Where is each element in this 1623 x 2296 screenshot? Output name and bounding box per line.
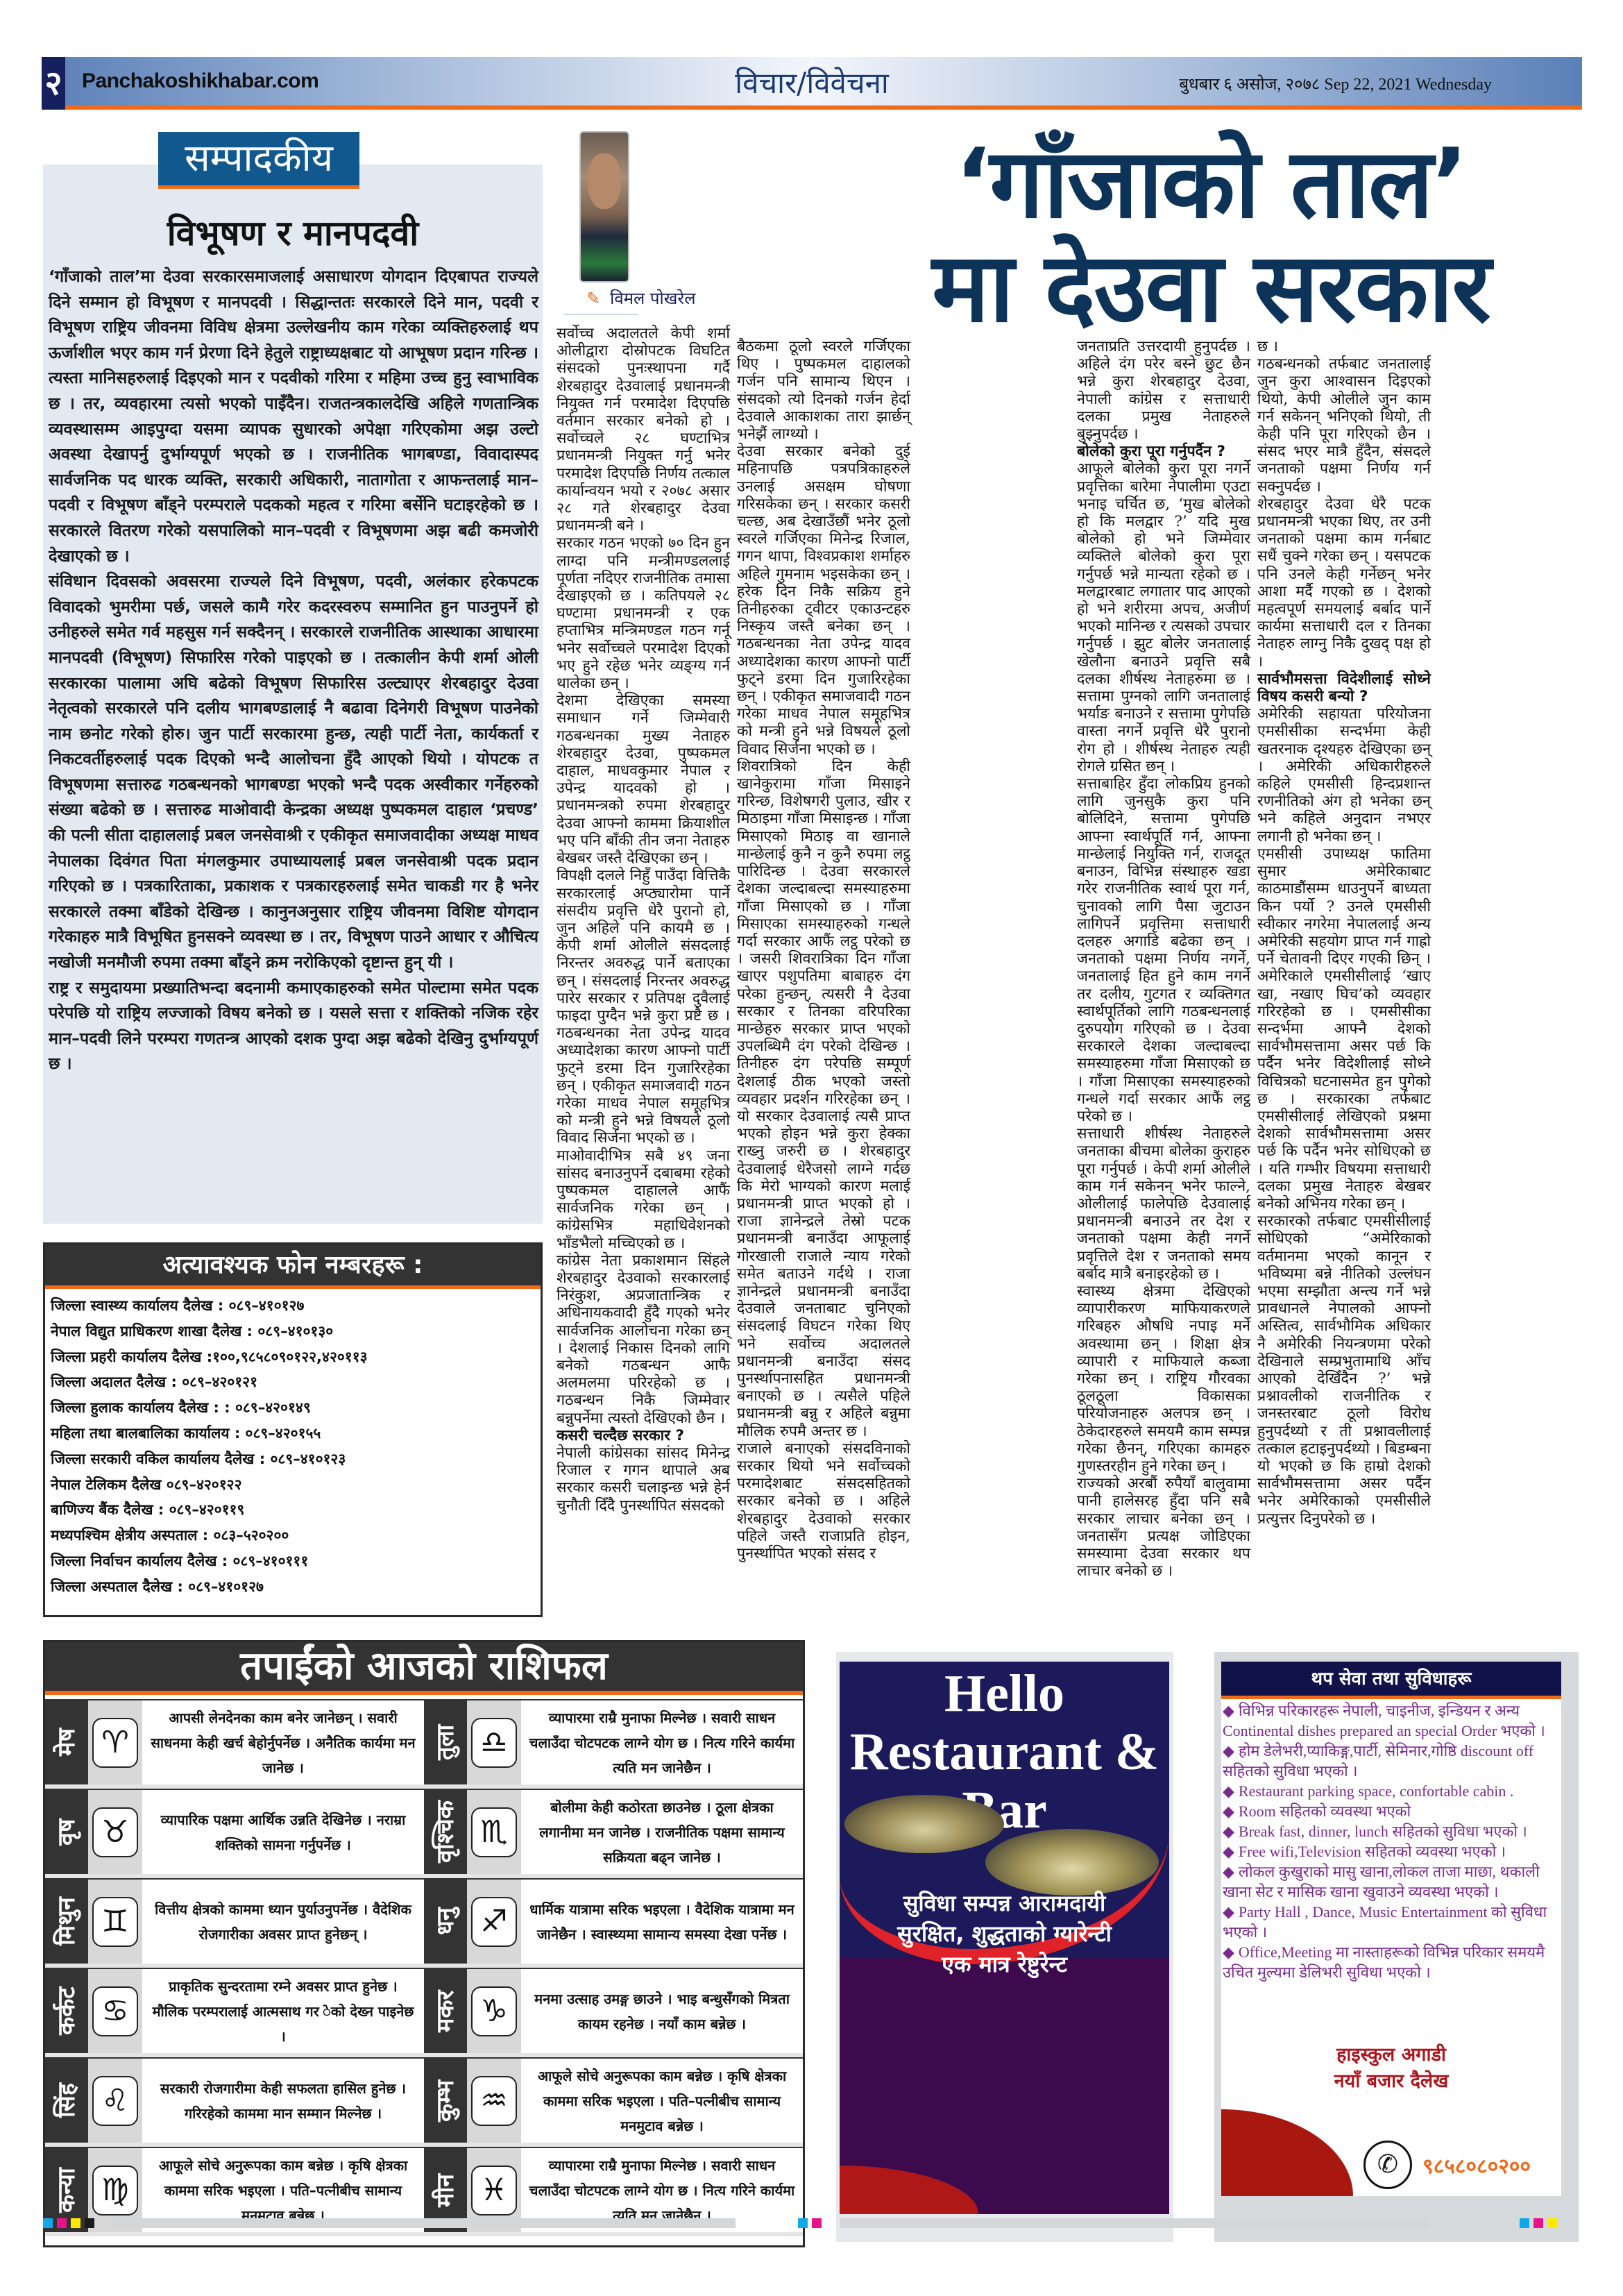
service-item: ◆Party Hall , Dance, Music Entertainment…	[1223, 1902, 1554, 1942]
service-item: ◆Office,Meeting मा नास्ताहरूको विभिन्न प…	[1223, 1942, 1554, 1982]
sign-name: मेष	[45, 1700, 88, 1784]
crab-icon: ♋	[92, 1986, 138, 2036]
restaurant-tagline: सुविधा सम्पन्न आरामदायी सुरक्षित, शुद्धत…	[840, 1888, 1169, 1980]
tagline-line: एक मात्र रेष्टुरेन्ट	[840, 1949, 1169, 1980]
services-list: ◆विभिन्न परिकारहरू नेपाली, चाइनीज, इन्डि…	[1221, 1699, 1561, 1982]
maiden-icon: ♍	[92, 2166, 138, 2215]
horoscope-sign: कुम्भ♒आफूले सोचे अनुरूपका काम बन्नेछ । क…	[424, 2059, 803, 2143]
editorial-paragraph: संविधान दिवसको अवसरमा राज्यले दिने विभूष…	[49, 568, 538, 975]
editorial-paragraph: ‘गाँजाको ताल’मा देउवा सरकारसमाजलाई असाधा…	[49, 264, 538, 568]
horoscope-row: मेष♈आपसी लेनदेनका काम बनेर जानेछन् । सवा…	[45, 1699, 803, 1789]
sign-name: मकर	[424, 1969, 467, 2053]
article-paragraph: सरकारको तर्फबाट एमसीसीलाई सोधिएको “अमेरि…	[1257, 1213, 1431, 1528]
service-item: ◆Restaurant parking space, confortable c…	[1223, 1781, 1554, 1801]
article-paragraph: आफूले बोलेको कुरा पूरा नगर्ने प्रवृत्तिक…	[1077, 460, 1250, 775]
horoscope-sign: मिथुन♊वित्तीय क्षेत्रको काममा ध्यान पुर्…	[45, 1880, 424, 1964]
sign-name: वृश्चिक	[424, 1790, 467, 1874]
fish-icon: ♓	[471, 2166, 517, 2215]
article-paragraph: सरकार गठन भएको ७० दिन हुन लाग्दा पनि मन्…	[556, 534, 730, 692]
headline-line-1: ‘गाँजाको ताल’	[847, 132, 1575, 236]
sign-prediction: मनमा उत्साह उमङ्ग छाउने । भाइ बन्धुसँगको…	[521, 1969, 803, 2053]
horoscope-box: तपाईंको आजको राशिफल मेष♈आपसी लेनदेनका का…	[43, 1640, 805, 2247]
diamond-bullet-icon: ◆	[1223, 1843, 1234, 1860]
lion-icon: ♌	[92, 2076, 138, 2126]
article-paragraph: शेरबहादुर देउवा धेरै पटक प्रधानमन्त्री भ…	[1257, 496, 1431, 670]
phone-entry: महिला तथा बालबालिका कार्यालय : ०८९–४२०१५…	[51, 1421, 535, 1446]
sign-name: सिंह	[45, 2059, 88, 2143]
scorpion-icon: ♏	[471, 1807, 517, 1857]
twins-icon: ♊	[92, 1897, 138, 1947]
address-line: हाइस्कुल अगाडी	[1221, 2042, 1561, 2068]
article-paragraph: देशमा देखिएका समस्या समाधान गर्ने जिम्मे…	[556, 692, 730, 867]
phone-list: जिल्ला स्वास्थ्य कार्यालय दैलेख : ०८९–४१…	[45, 1289, 541, 1604]
registration-bar	[111, 2218, 736, 2228]
article-column-1: सर्वोच्च अदालतले केपी शर्मा ओलीद्वारा दो…	[556, 325, 730, 1514]
article-paragraph: नेपाली कांग्रेसका सांसद मिनेन्द्र रिजाल …	[556, 1444, 730, 1514]
services-address: हाइस्कुल अगाडी नयाँ बजार दैलेख	[1221, 2042, 1561, 2095]
service-item: ◆विभिन्न परिकारहरू नेपाली, चाइनीज, इन्डि…	[1223, 1700, 1554, 1741]
horoscope-row: कर्कट♋प्राकृतिक सुन्दरतामा रम्ने अवसर प्…	[45, 1968, 803, 2057]
article-paragraph: राज्यको अरबौं रुपैयाँ बालुवामा पानी हाले…	[1077, 1475, 1250, 1580]
horoscope-sign: मकर♑मनमा उत्साह उमङ्ग छाउने । भाइ बन्धुस…	[424, 1969, 803, 2053]
article-headline: ‘गाँजाको ताल’ मा देउवा सरकार	[847, 132, 1575, 340]
phone-entry: जिल्ला हुलाक कार्यालय दैलेख : : ०८९–४२०१…	[51, 1395, 535, 1421]
diamond-bullet-icon: ◆	[1223, 1863, 1234, 1880]
ram-icon: ♈	[92, 1718, 138, 1768]
author-photo	[579, 131, 629, 282]
restaurant-ad[interactable]: Hello Restaurant & Bar सुविधा सम्पन्न आर…	[836, 1652, 1173, 2242]
article-paragraph: सत्ताधारी शीर्षस्थ नेताहरुले जनताका बीचम…	[1077, 1125, 1250, 1283]
article-subheading: बोलेको कुरा पूरा गर्नुपर्दैन ?	[1077, 443, 1250, 460]
article-paragraph: सर्वोच्च अदालतले केपी शर्मा ओलीद्वारा दो…	[556, 325, 730, 534]
headline-line-2: मा देउवा सरकार	[847, 236, 1575, 340]
issue-date: बुधबार ६ असोज, २०७८ Sep 22, 2021 Wednesd…	[1179, 72, 1492, 95]
article-paragraph: माओवादीभित्र सबै ४९ जना सांसद बनाउनुपर्न…	[556, 1147, 730, 1252]
diamond-bullet-icon: ◆	[1223, 1943, 1234, 1961]
horoscope-row: सिंह♌सरकारी रोजगारीमा केही सफलता हासिल ह…	[45, 2057, 803, 2147]
horoscope-sign: मेष♈आपसी लेनदेनका काम बनेर जानेछन् । सवा…	[45, 1700, 424, 1784]
sign-name: मिथुन	[45, 1880, 88, 1964]
sign-name: कर्कट	[45, 1969, 88, 2053]
sign-prediction: प्राकृतिक सुन्दरतामा रम्ने अवसर प्राप्त …	[142, 1969, 424, 2053]
tagline-line: सुविधा सम्पन्न आरामदायी	[840, 1888, 1169, 1918]
horoscope-row: वृष♉व्यापारिक पक्षमा आर्थिक उन्नति देखिन…	[45, 1789, 803, 1878]
article-column-4: छ ।गठबन्धनको तर्फबाट जनतालाई जुन कुरा आश…	[1257, 338, 1431, 1528]
article-paragraph: एमसीसी उपाध्यक्ष फातिमा सुमार अमेरिकाबाट…	[1257, 845, 1431, 1213]
sign-name: कुम्भ	[424, 2059, 467, 2143]
article-paragraph: देउवा सरकार बनेको दुई महिनापछि पत्रपत्रि…	[737, 443, 910, 758]
emergency-phone-box: अत्यावश्यक फोन नम्बरहरू : जिल्ला स्वास्थ…	[43, 1242, 543, 1617]
goat-icon: ♑	[471, 1986, 517, 2036]
horoscope-sign: सिंह♌सरकारी रोजगारीमा केही सफलता हासिल ह…	[45, 2059, 424, 2143]
horoscope-sign: कर्कट♋प्राकृतिक सुन्दरतामा रम्ने अवसर प्…	[45, 1969, 424, 2053]
service-item: ◆Break fast, dinner, lunch सहितको सुविधा…	[1223, 1821, 1554, 1841]
phone-entry: जिल्ला प्रहरी कार्यालय दैलेख :१००,९८५८०९…	[51, 1344, 535, 1370]
phone-entry: जिल्ला निर्वाचन कार्यालय दैलेख : ०८९–४१०…	[51, 1548, 535, 1574]
author-name: विमल पोखरेल	[610, 289, 695, 308]
color-registration-marks	[798, 2218, 826, 2227]
phone-entry: जिल्ला अस्पताल दैलेख : ०८९–४१०१२७	[51, 1574, 535, 1600]
article-paragraph: शिवरात्रिको दिन केही खानेकुरामा गाँजा मि…	[737, 758, 910, 1440]
editorial-title: विभूषण र मानपदवी	[43, 208, 543, 255]
article-paragraph: राजाले बनाएको संसदविनाको सरकार थियो भने …	[737, 1440, 910, 1562]
diamond-bullet-icon: ◆	[1223, 1803, 1234, 1820]
horoscope-sign: वृश्चिक♏बोलीमा केही कठोरता छाउनेछ । ठूला…	[424, 1790, 803, 1874]
sign-name: धनु	[424, 1880, 467, 1964]
sign-prediction: व्यापारमा राम्रै मुनाफा मिल्नेछ । सवारी …	[521, 1700, 803, 1784]
article-column-3: जनताप्रति उत्तरदायी हुनुपर्दछ । अहिले दं…	[1077, 338, 1250, 1580]
article-paragraph: विपक्षी दलले निहुँ पाउँदा वित्तिकै सरकार…	[556, 867, 730, 1147]
services-title: थप सेवा तथा सुविधाहरू	[1221, 1662, 1561, 1699]
pen-icon: ✎	[586, 289, 600, 308]
horoscope-sign: वृष♉व्यापारिक पक्षमा आर्थिक उन्नति देखिन…	[45, 1790, 424, 1874]
sign-prediction: आपसी लेनदेनका काम बनेर जानेछन् । सवारी स…	[142, 1700, 424, 1784]
byline-divider	[563, 314, 638, 315]
article-paragraph: छ ।	[1257, 338, 1431, 355]
horoscope-grid: मेष♈आपसी लेनदेनका काम बनेर जानेछन् । सवा…	[45, 1699, 803, 2236]
sign-prediction: सरकारी रोजगारीमा केही सफलता हासिल हुनेछ …	[142, 2059, 424, 2143]
diamond-bullet-icon: ◆	[1223, 1742, 1234, 1759]
article-paragraph: गठबन्धनको तर्फबाट जनतालाई जुन कुरा आश्वा…	[1257, 355, 1431, 496]
tagline-line: सुरक्षित, शुद्धताको ग्यारेन्टी	[840, 1918, 1169, 1949]
article-paragraph: अमेरिकी सहायता परियोजना एमसीसीका सन्दर्भ…	[1257, 705, 1431, 845]
diamond-bullet-icon: ◆	[1223, 1702, 1234, 1719]
article-subheading: सार्वभौमसत्ता विदेशीलाई सोध्ने विषय कसरी…	[1257, 670, 1431, 705]
article-paragraph: सत्ताबाहिर हुँदा लोकप्रिय हुनको लागि जुन…	[1077, 775, 1250, 1125]
editorial-paragraph: राष्ट्र र समुदायमा प्रख्यातिभन्दा बदनामी…	[49, 975, 538, 1077]
sign-name: तुला	[424, 1700, 467, 1784]
address-line: नयाँ बजार दैलेख	[1221, 2068, 1561, 2095]
article-column-2: बैठकमा ठूलो स्वरले गर्जिएका थिए । पुष्पक…	[737, 338, 910, 1562]
phone-entry: बाणिज्य बैंक दैलेख : ०८९–४२०११९	[51, 1497, 535, 1523]
sign-prediction: धार्मिक यात्रामा सरिक भइएला । वैदेशिक या…	[521, 1880, 803, 1964]
diamond-bullet-icon: ◆	[1223, 1903, 1234, 1921]
phone-icon: ✆	[1363, 2141, 1412, 2189]
phone-entry: जिल्ला सरकारी वकिल कार्यालय दैलेख : ०८९–…	[51, 1446, 535, 1472]
article-paragraph: जनताप्रति उत्तरदायी हुनुपर्दछ । अहिले दं…	[1077, 338, 1250, 443]
article-subheading: कसरी चल्दैछ सरकार ?	[556, 1427, 730, 1444]
phone-entry: जिल्ला अदालत दैलेख : ०८९–४२०१२१	[51, 1369, 535, 1395]
sign-prediction: आफूले सोचे अनुरूपका काम बन्नेछ । कृषि क्…	[521, 2059, 803, 2143]
horoscope-title: तपाईंको आजको राशिफल	[45, 1642, 803, 1695]
article-paragraph: बैठकमा ठूलो स्वरले गर्जिएका थिए । पुष्पक…	[737, 338, 910, 443]
service-item: ◆होम डेलेभरी,प्याकिङ्ग,पार्टी, सेमिनार,ग…	[1223, 1741, 1554, 1781]
ad-red-blob	[1221, 2109, 1353, 2196]
services-phone-number[interactable]: ९८५८०८०२००	[1422, 2151, 1531, 2179]
editorial-body: ‘गाँजाको ताल’मा देउवा सरकारसमाजलाई असाधा…	[49, 264, 538, 1077]
water-bearer-icon: ♒	[471, 2076, 517, 2126]
horoscope-sign: तुला♎व्यापारमा राम्रै मुनाफा मिल्नेछ । स…	[424, 1700, 803, 1784]
article-paragraph: कांग्रेस नेता प्रकाशमान सिंहले शेरबहादुर…	[556, 1252, 730, 1427]
editorial-label: सम्पादकीय	[158, 132, 359, 189]
bull-icon: ♉	[92, 1807, 138, 1857]
article-paragraph: स्वास्थ्य क्षेत्रमा देखिएको व्यापारीकरण …	[1077, 1283, 1250, 1475]
sign-name: वृष	[45, 1790, 88, 1874]
page-header: २ Panchakoshikhabar.com विचार/विवेचना बु…	[42, 57, 1582, 110]
phone-entry: नेपाल विद्युत प्राधिकरण शाखा दैलेख : ०८९…	[51, 1319, 535, 1344]
diamond-bullet-icon: ◆	[1223, 1782, 1234, 1800]
restaurant-photo-1	[844, 1795, 1004, 1853]
restaurant-photo-2	[985, 1829, 1159, 1896]
sign-prediction: व्यापारिक पक्षमा आर्थिक उन्नति देखिनेछ ।…	[142, 1790, 424, 1874]
author-byline: ✎विमल पोखरेल	[586, 287, 696, 310]
horoscope-row: मिथुन♊वित्तीय क्षेत्रको काममा ध्यान पुर्…	[45, 1878, 803, 1968]
phone-entry: मध्यपश्चिम क्षेत्रीय अस्पताल : ०८३–५२०२०…	[51, 1523, 535, 1548]
sign-prediction: बोलीमा केही कठोरता छाउनेछ । ठूला क्षेत्र…	[521, 1790, 803, 1874]
horoscope-sign: धनु♐धार्मिक यात्रामा सरिक भइएला । वैदेशि…	[424, 1880, 803, 1964]
color-registration-marks	[1520, 2218, 1561, 2227]
phone-box-title: अत्यावश्यक फोन नम्बरहरू :	[45, 1244, 541, 1289]
services-card: थप सेवा तथा सुविधाहरू ◆विभिन्न परिकारहरू…	[1221, 1662, 1561, 2196]
service-item: ◆Room सहितको व्यवस्था भएको	[1223, 1801, 1554, 1821]
sign-prediction: वित्तीय क्षेत्रको काममा ध्यान पुर्याउनुप…	[142, 1880, 424, 1964]
phone-entry: नेपाल टेलिकम दैलेख ०८९–४२०१२२	[51, 1472, 535, 1498]
diamond-bullet-icon: ◆	[1223, 1823, 1234, 1840]
archer-icon: ♐	[471, 1897, 517, 1947]
scales-icon: ♎	[471, 1718, 517, 1768]
phone-entry: जिल्ला स्वास्थ्य कार्यालय दैलेख : ०८९–४१…	[51, 1293, 535, 1319]
color-registration-marks	[43, 2218, 99, 2227]
service-item: ◆लोकल कुखुराको मासु खाना,लोकल ताजा माछा,…	[1223, 1862, 1554, 1902]
registration-bar	[840, 2218, 1429, 2228]
services-ad[interactable]: थप सेवा तथा सुविधाहरू ◆विभिन्न परिकारहरू…	[1214, 1652, 1579, 2242]
service-item: ◆Free wifi,Television सहितको व्यवस्था भए…	[1223, 1841, 1554, 1862]
